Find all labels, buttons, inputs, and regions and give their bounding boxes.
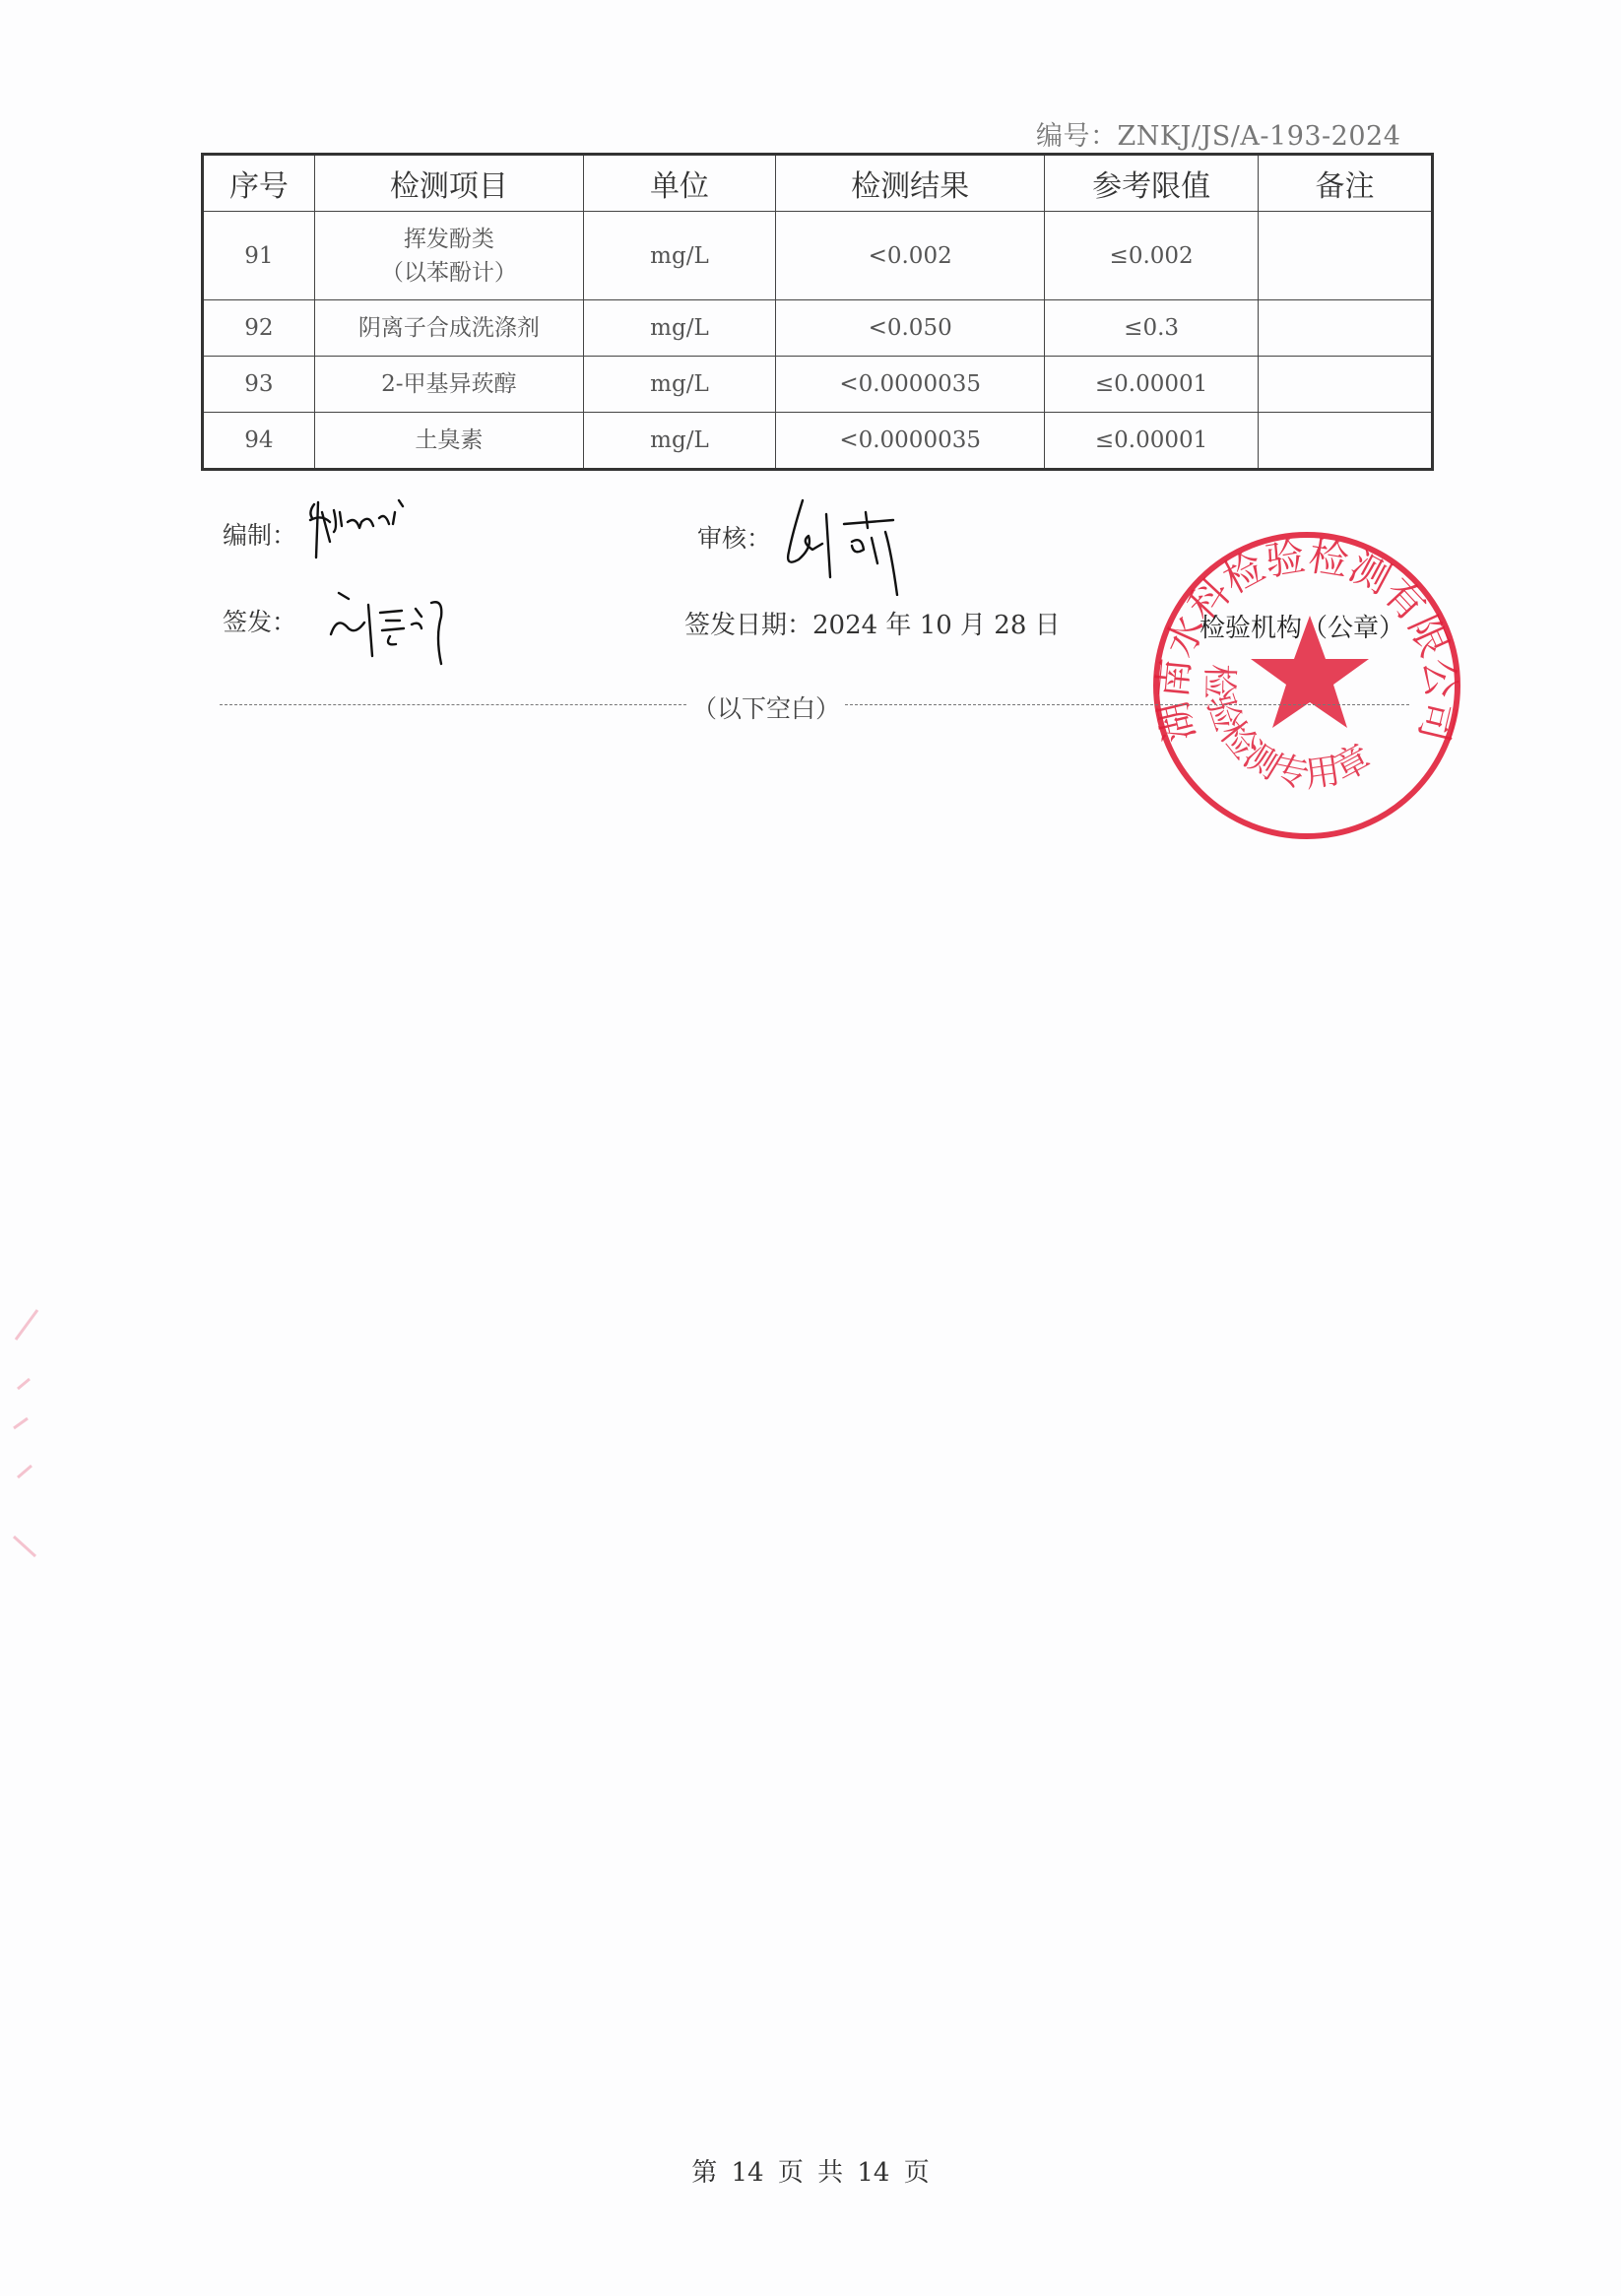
cell-item: 阴离子合成洗涤剂 [314,300,583,357]
cell-item-line1: 挥发酚类 [315,223,583,256]
cell-remark [1258,413,1432,470]
table-header-row: 序号 检测项目 单位 检测结果 参考限值 备注 [203,155,1433,212]
prepared-by-signature [300,492,419,561]
cell-item-line2: （以苯酚计） [315,256,583,290]
cell-no: 91 [203,212,315,300]
separator-dash-left [220,704,686,705]
official-seal-stamp: 湖南水科检验检测有限公司 检验检测专用章 [1150,529,1463,842]
cell-unit: mg/L [583,212,775,300]
cell-unit: mg/L [583,357,775,413]
cell-remark [1258,212,1432,300]
table-row: 92 阴离子合成洗涤剂 mg/L <0.050 ≤0.3 [203,300,1433,357]
blank-below-separator: （以下空白） [220,689,1409,719]
cell-no: 92 [203,300,315,357]
header-unit: 单位 [583,155,775,212]
table-row: 91 挥发酚类 （以苯酚计） mg/L <0.002 ≤0.002 [203,212,1433,300]
cell-unit: mg/L [583,413,775,470]
cell-result: <0.0000035 [776,413,1045,470]
cell-result: <0.0000035 [776,357,1045,413]
blank-below-marker: （以下空白） [692,689,840,725]
issued-by-label: 签发： [223,603,296,638]
header-reference-limit: 参考限值 [1045,155,1259,212]
institution-seal-label: 检验机构（公章） [1200,608,1404,644]
header-test-item: 检测项目 [314,155,583,212]
reviewed-by-signature [783,492,921,596]
stamp-bleed-mark [8,1280,57,1576]
cell-result: <0.050 [776,300,1045,357]
cell-no: 94 [203,413,315,470]
header-remark: 备注 [1258,155,1432,212]
cell-remark [1258,357,1432,413]
cell-item: 2-甲基异莰醇 [314,357,583,413]
test-results-table: 序号 检测项目 单位 检测结果 参考限值 备注 91 挥发酚类 （以苯酚计） m… [201,153,1434,471]
header-serial-no: 序号 [203,155,315,212]
cell-remark [1258,300,1432,357]
document-number: 编号：ZNKJ/JS/A-193-2024 [1036,114,1400,153]
reviewed-by-label: 审核： [697,519,771,555]
header-result: 检测结果 [776,155,1045,212]
table-row: 93 2-甲基异莰醇 mg/L <0.0000035 ≤0.00001 [203,357,1433,413]
cell-item: 土臭素 [314,413,583,470]
cell-no: 93 [203,357,315,413]
separator-dash-right [845,704,1409,705]
cell-result: <0.002 [776,212,1045,300]
cell-limit: ≤0.002 [1045,212,1259,300]
prepared-by-label: 编制： [223,516,296,552]
cell-limit: ≤0.3 [1045,300,1259,357]
issue-date: 签发日期：2024 年 10 月 28 日 [684,605,1061,641]
table-row: 94 土臭素 mg/L <0.0000035 ≤0.00001 [203,413,1433,470]
cell-limit: ≤0.00001 [1045,357,1259,413]
cell-limit: ≤0.00001 [1045,413,1259,470]
issued-by-signature [325,587,463,676]
cell-unit: mg/L [583,300,775,357]
page-footer: 第 14 页 共 14 页 [0,2152,1621,2189]
cell-item: 挥发酚类 （以苯酚计） [314,212,583,300]
